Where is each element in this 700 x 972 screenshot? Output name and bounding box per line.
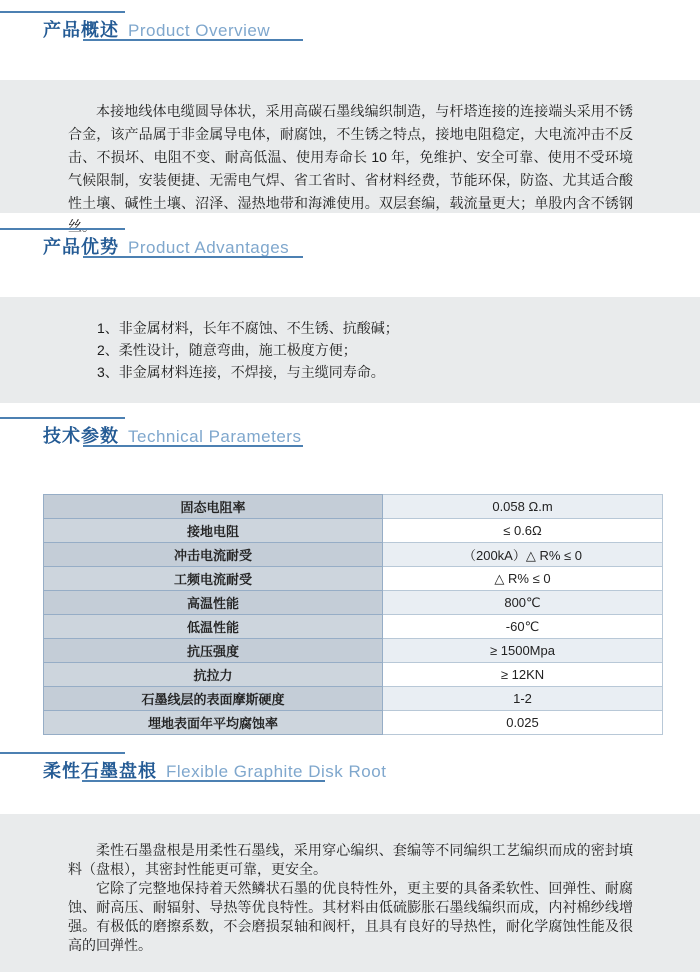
advantage-item: 1、非金属材料，长年不腐蚀、不生锈、抗酸碱； — [97, 317, 399, 339]
param-label-cell: 高温性能 — [44, 591, 383, 615]
advantages-title-zh: 产品优势 — [43, 237, 119, 257]
param-label-cell: 抗拉力 — [44, 663, 383, 687]
parameters-table: 固态电阻率 0.058 Ω.m 接地电阻 ≤ 0.6Ω 冲击电流耐受 （200k… — [43, 494, 663, 735]
table-row: 石墨线层的表面摩斯硬度 1-2 — [44, 687, 663, 711]
graphite-paragraph-block: 柔性石墨盘根是用柔性石墨线，采用穿心编织、套编等不同编织工艺编织而成的密封填料（… — [68, 841, 633, 955]
table-row: 抗压强度 ≥ 1500Mpa — [44, 639, 663, 663]
param-value-cell: ≤ 0.6Ω — [383, 519, 663, 543]
graphite-paragraph: 柔性石墨盘根是用柔性石墨线，采用穿心编织、套编等不同编织工艺编织而成的密封填料（… — [68, 841, 633, 879]
advantage-item: 2、柔性设计，随意弯曲，施工极度方便； — [97, 339, 399, 361]
param-label-cell: 冲击电流耐受 — [44, 543, 383, 567]
advantages-header-topline — [0, 228, 125, 230]
param-value-cell: ≥ 12KN — [383, 663, 663, 687]
param-value-cell: 0.025 — [383, 711, 663, 735]
table-row: 抗拉力 ≥ 12KN — [44, 663, 663, 687]
table-row: 冲击电流耐受 （200kA）△ R% ≤ 0 — [44, 543, 663, 567]
product-page: 产品概述Product Overview 本接地线体电缆圆导体状，采用高碳石墨线… — [0, 0, 700, 972]
parameters-header-underline — [83, 445, 303, 447]
table-row: 高温性能 800℃ — [44, 591, 663, 615]
advantages-header-underline — [83, 256, 303, 258]
param-label-cell: 石墨线层的表面摩斯硬度 — [44, 687, 383, 711]
table-row: 工频电流耐受 △ R% ≤ 0 — [44, 567, 663, 591]
parameters-header-topline — [0, 417, 125, 419]
advantages-title-en: Product Advantages — [128, 238, 289, 257]
parameters-title-en: Technical Parameters — [128, 427, 301, 446]
overview-header-underline — [83, 39, 303, 41]
param-value-cell: -60℃ — [383, 615, 663, 639]
overview-title-en: Product Overview — [128, 21, 270, 40]
table-row: 低温性能 -60℃ — [44, 615, 663, 639]
param-label-cell: 工频电流耐受 — [44, 567, 383, 591]
graphite-paragraph: 它除了完整地保持着天然鳞状石墨的优良特性外，更主要的具备柔软性、回弹性、耐腐蚀、… — [68, 879, 633, 955]
param-label-cell: 固态电阻率 — [44, 495, 383, 519]
table-row: 接地电阻 ≤ 0.6Ω — [44, 519, 663, 543]
param-label-cell: 接地电阻 — [44, 519, 383, 543]
param-value-cell: △ R% ≤ 0 — [383, 567, 663, 591]
param-value-cell: 1-2 — [383, 687, 663, 711]
param-label-cell: 低温性能 — [44, 615, 383, 639]
overview-title-zh: 产品概述 — [43, 20, 119, 40]
graphite-header-underline — [82, 780, 325, 782]
param-label-cell: 埋地表面年平均腐蚀率 — [44, 711, 383, 735]
param-value-cell: ≥ 1500Mpa — [383, 639, 663, 663]
parameters-title-zh: 技术参数 — [43, 426, 119, 446]
param-value-cell: （200kA）△ R% ≤ 0 — [383, 543, 663, 567]
graphite-title-zh: 柔性石墨盘根 — [43, 761, 157, 781]
param-value-cell: 0.058 Ω.m — [383, 495, 663, 519]
graphite-title-en: Flexible Graphite Disk Root — [166, 762, 386, 781]
advantages-list: 1、非金属材料，长年不腐蚀、不生锈、抗酸碱； 2、柔性设计，随意弯曲，施工极度方… — [97, 317, 399, 383]
overview-header-topline — [0, 11, 125, 13]
advantage-item: 3、非金属材料连接，不焊接，与主缆同寿命。 — [97, 361, 399, 383]
table-row: 埋地表面年平均腐蚀率 0.025 — [44, 711, 663, 735]
graphite-header-topline — [0, 752, 125, 754]
param-label-cell: 抗压强度 — [44, 639, 383, 663]
param-value-cell: 800℃ — [383, 591, 663, 615]
table-row: 固态电阻率 0.058 Ω.m — [44, 495, 663, 519]
overview-paragraph: 本接地线体电缆圆导体状，采用高碳石墨线编织制造，与杆塔连接的连接端头采用不锈合金… — [68, 100, 633, 238]
overview-paragraph-block: 本接地线体电缆圆导体状，采用高碳石墨线编织制造，与杆塔连接的连接端头采用不锈合金… — [68, 100, 633, 238]
